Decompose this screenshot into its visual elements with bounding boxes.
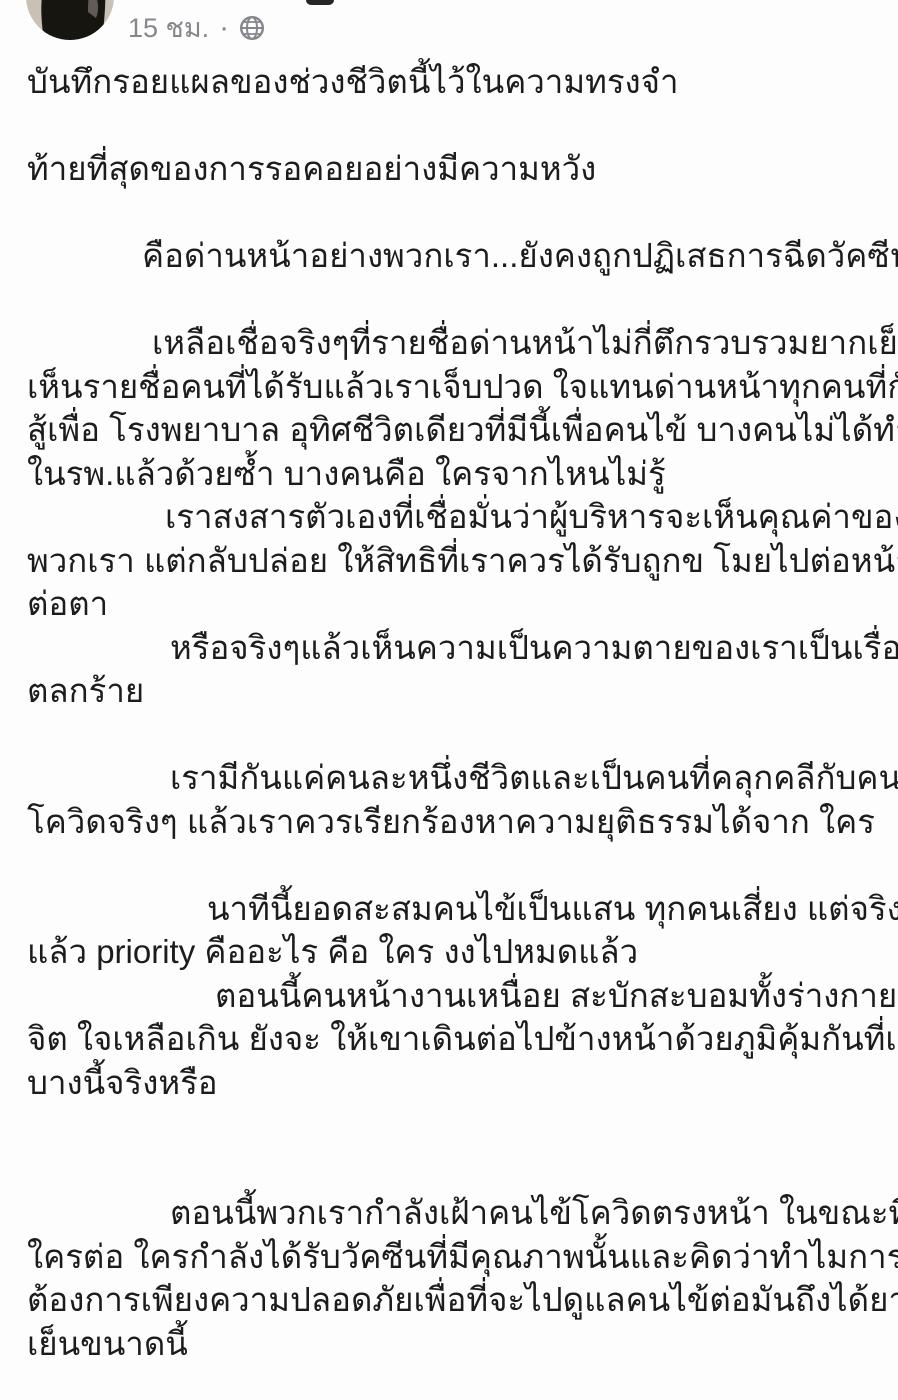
blank-line <box>27 1104 874 1148</box>
avatar[interactable] <box>26 0 114 40</box>
cropped-text-artifact <box>306 0 334 5</box>
post-text-line: จิต ใจเหลือเกิน ยังจะ ให้เขาเดินต่อไปข้า… <box>27 1017 874 1061</box>
post-text-line: พวกเรา แต่กลับปล่อย ให้สิทธิที่เราควรได้… <box>27 539 874 583</box>
blank-line <box>27 1148 874 1192</box>
post-text-line: แล้ว priority คืออะไร คือ ใคร งงไปหมดแล้… <box>27 930 874 974</box>
post-text-line: เรามีกันแค่คนละหนึ่งชีวิตและเป็นคนที่คลุ… <box>27 756 874 800</box>
meta-separator: · <box>219 15 229 41</box>
post-text-line: เหลือเชื่อจริงๆที่รายชื่อด่านหน้าไม่กี่ต… <box>27 321 874 365</box>
post-body: บันทึกรอยแผลของช่วงชีวิตนี้ไว้ในความทรงจ… <box>0 60 898 1365</box>
post-text-line: นาทีนี้ยอดสะสมคนไข้เป็นแสน ทุกคนเสี่ยง แ… <box>27 887 874 931</box>
post-text-line: ต้องการเพียงความปลอดภัยเพื่อที่จะไปดูแลค… <box>27 1278 874 1322</box>
avatar-silhouette <box>26 0 114 40</box>
post-text-line: บันทึกรอยแผลของช่วงชีวิตนี้ไว้ในความทรงจ… <box>27 60 874 104</box>
post-text-line: เราสงสารตัวเองที่เชื่อมั่นว่าผู้บริหารจะ… <box>27 495 874 539</box>
post-text-line: ต่อตา <box>27 582 874 626</box>
post-text-line: เห็นรายชื่อคนที่ได้รับแล้วเราเจ็บปวด ใจแ… <box>27 365 874 409</box>
blank-line <box>27 843 874 887</box>
post-text-line: ตอนนี้คนหน้างานเหนื่อย สะบักสะบอมทั้งร่า… <box>27 974 874 1018</box>
globe-icon <box>239 15 265 41</box>
post-text-line: เย็นขนาดนี้ <box>27 1322 874 1366</box>
blank-line <box>27 278 874 322</box>
blank-line <box>27 191 874 235</box>
post-text-line: ใครต่อ ใครกำลังได้รับวัคซีนที่มีคุณภาพนั… <box>27 1235 874 1279</box>
post-text-line: ท้ายที่สุดของการรอคอยอย่างมีความหวัง <box>27 147 874 191</box>
post-text-line: ตอนนี้พวกเรากำลังเฝ้าคนไข้โควิดตรงหน้า ใ… <box>27 1191 874 1235</box>
post-text-line: สู้เพื่อ โรงพยาบาล อุทิศชีวิตเดียวที่มีน… <box>27 408 874 452</box>
post-text-line: บางนี้จริงหรือ <box>27 1061 874 1105</box>
post-text-line: ตลกร้าย <box>27 669 874 713</box>
blank-line <box>27 104 874 148</box>
facebook-post: 15 ชม. · บันทึกรอยแผลของช่วงชีวิตนี้ไว้ใ… <box>0 0 898 1400</box>
post-text-line: หรือจริงๆแล้วเห็นความเป็นความตายของเราเป… <box>27 626 874 670</box>
timestamp[interactable]: 15 ชม. <box>128 13 209 43</box>
blank-line <box>27 713 874 757</box>
post-meta: 15 ชม. · <box>128 13 265 43</box>
post-text-line: โควิดจริงๆ แล้วเราควรเรียกร้องหาความยุติ… <box>27 800 874 844</box>
post-text-line: คือด่านหน้าอย่างพวกเรา...ยังคงถูกปฏิเสธก… <box>27 234 874 278</box>
post-text-line: ในรพ.แล้วด้วยซ้ำ บางคนคือ ใครจากไหนไม่รู… <box>27 452 874 496</box>
